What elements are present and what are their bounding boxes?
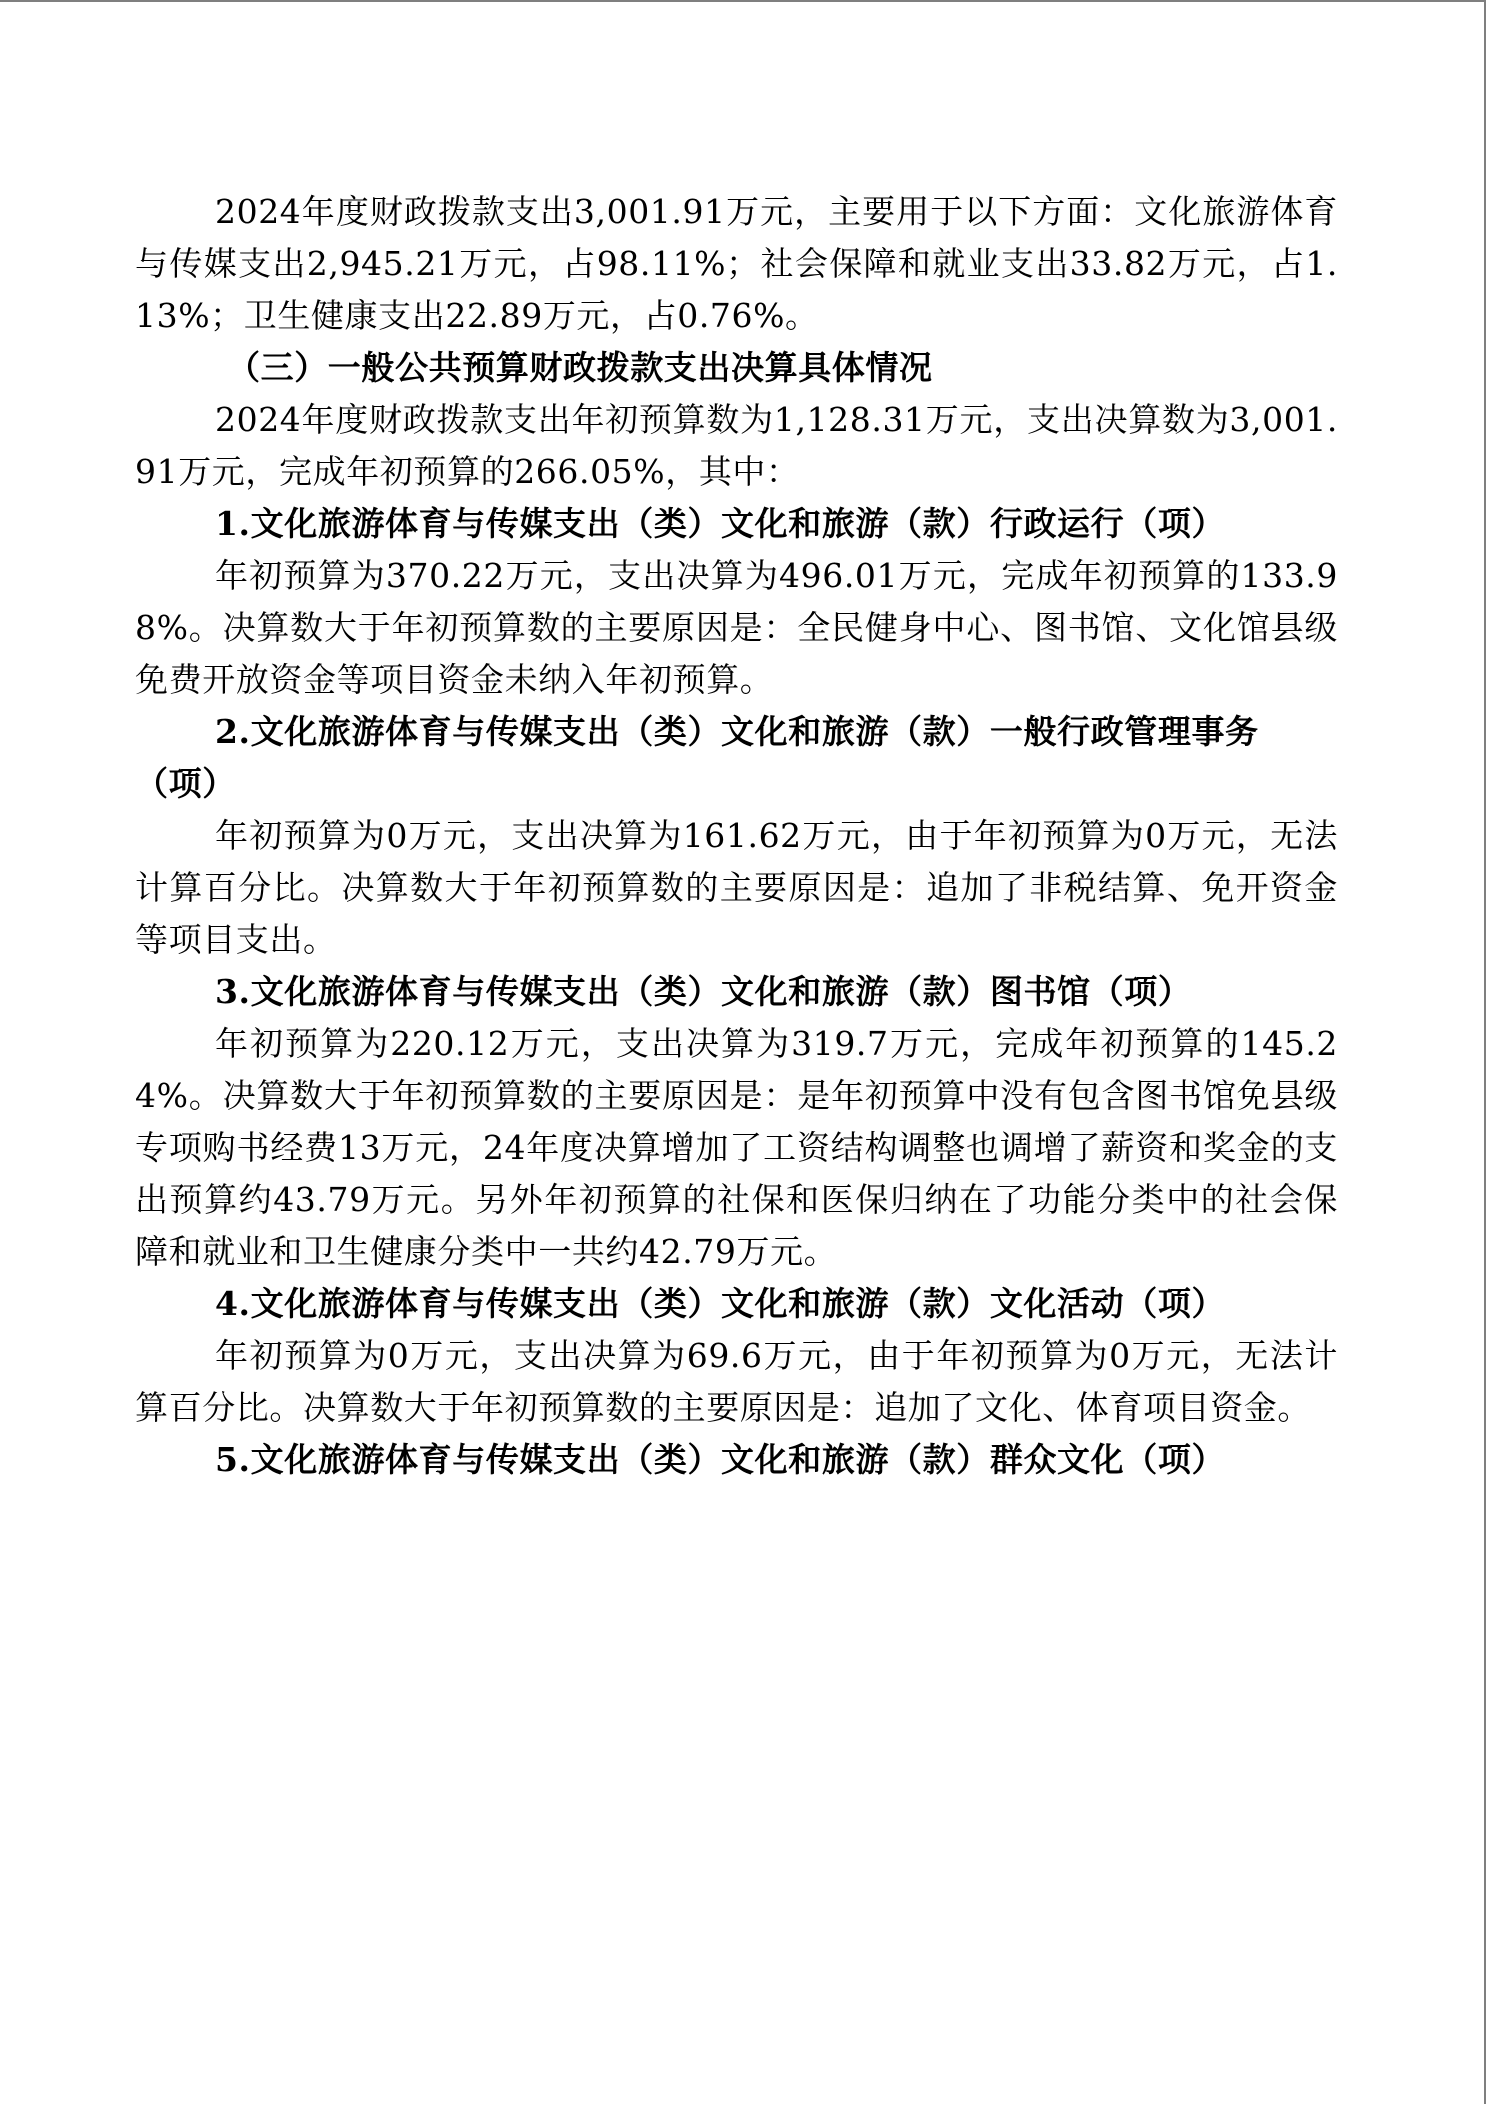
item-heading-2-general-admin: 2.文化旅游体育与传媒支出（类）文化和旅游（款）一般行政管理事务（项） [135, 706, 1338, 810]
document-body: 2024年度财政拨款支出3,001.91万元，主要用于以下方面：文化旅游体育与传… [135, 186, 1338, 1486]
document-page: 2024年度财政拨款支出3,001.91万元，主要用于以下方面：文化旅游体育与传… [0, 0, 1486, 2104]
item-heading-5-mass-culture: 5.文化旅游体育与传媒支出（类）文化和旅游（款）群众文化（项） [135, 1434, 1338, 1486]
paragraph-item-4: 年初预算为0万元，支出决算为69.6万元，由于年初预算为0万元，无法计算百分比。… [135, 1330, 1338, 1434]
section-heading-general-budget: （三）一般公共预算财政拨款支出决算具体情况 [135, 342, 1338, 394]
paragraph-item-1: 年初预算为370.22万元，支出决算为496.01万元，完成年初预算的133.9… [135, 550, 1338, 706]
item-heading-4-cultural-activities: 4.文化旅游体育与传媒支出（类）文化和旅游（款）文化活动（项） [135, 1278, 1338, 1330]
paragraph-expenditure-summary: 2024年度财政拨款支出3,001.91万元，主要用于以下方面：文化旅游体育与传… [135, 186, 1338, 342]
paragraph-item-3: 年初预算为220.12万元，支出决算为319.7万元，完成年初预算的145.24… [135, 1018, 1338, 1278]
item-heading-1-admin-operation: 1.文化旅游体育与传媒支出（类）文化和旅游（款）行政运行（项） [135, 498, 1338, 550]
paragraph-item-2: 年初预算为0万元，支出决算为161.62万元，由于年初预算为0万元，无法计算百分… [135, 810, 1338, 966]
item-heading-3-library: 3.文化旅游体育与传媒支出（类）文化和旅游（款）图书馆（项） [135, 966, 1338, 1018]
paragraph-budget-overview: 2024年度财政拨款支出年初预算数为1,128.31万元，支出决算数为3,001… [135, 394, 1338, 498]
